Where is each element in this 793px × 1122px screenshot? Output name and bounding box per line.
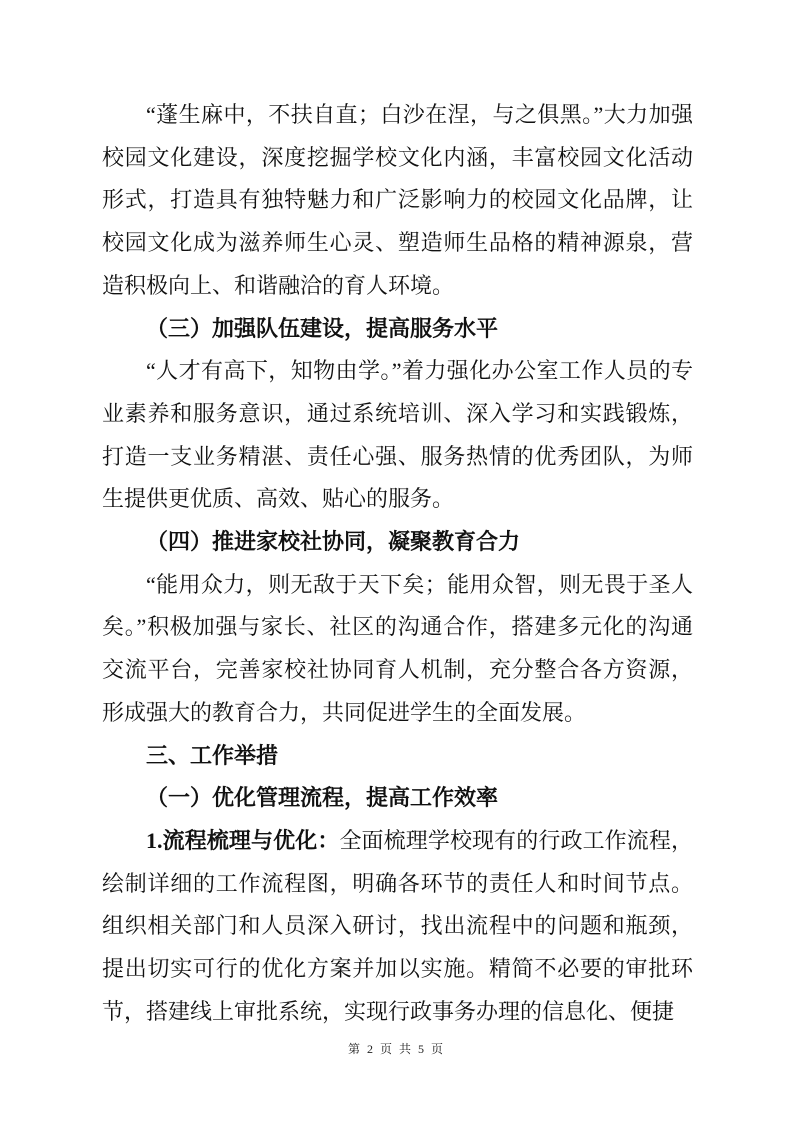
paragraph-campus-culture: “蓬生麻中，不扶自直；白沙在涅，与之俱黑。”大力加强校园文化建设，深度挖掘学校文… xyxy=(102,94,693,308)
paragraph-family-school-community: “能用众力，则无敌于天下矣；能用众智，则无畏于圣人矣。”积极加强与家长、社区的沟… xyxy=(102,564,693,735)
document-body: “蓬生麻中，不扶自直；白沙在涅，与之俱黑。”大力加强校园文化建设，深度挖掘学校文… xyxy=(102,94,693,1033)
paragraph-process-optimization: 1.流程梳理与优化：全面梳理学校现有的行政工作流程，绘制详细的工作流程图，明确各… xyxy=(102,820,693,1034)
document-page: “蓬生麻中，不扶自直；白沙在涅，与之俱黑。”大力加强校园文化建设，深度挖掘学校文… xyxy=(0,0,793,1122)
paragraph-team-building: “人才有高下，知物由学。”着力强化办公室工作人员的专业素养和服务意识，通过系统培… xyxy=(102,350,693,521)
heading-team-building: （三）加强队伍建设，提高服务水平 xyxy=(102,308,693,351)
heading-family-school-community: （四）推进家校社协同，凝聚教育合力 xyxy=(102,521,693,564)
heading-optimize-process: （一）优化管理流程，提高工作效率 xyxy=(102,777,693,820)
heading-work-measures: 三、工作举措 xyxy=(102,735,693,778)
page-number-footer: 第 2 页 共 5 页 xyxy=(0,1040,793,1057)
paragraph-process-text: 全面梳理学校现有的行政工作流程，绘制详细的工作流程图，明确各环节的责任人和时间节… xyxy=(102,828,693,1024)
paragraph-process-lead-label: 1.流程梳理与优化： xyxy=(146,828,339,853)
